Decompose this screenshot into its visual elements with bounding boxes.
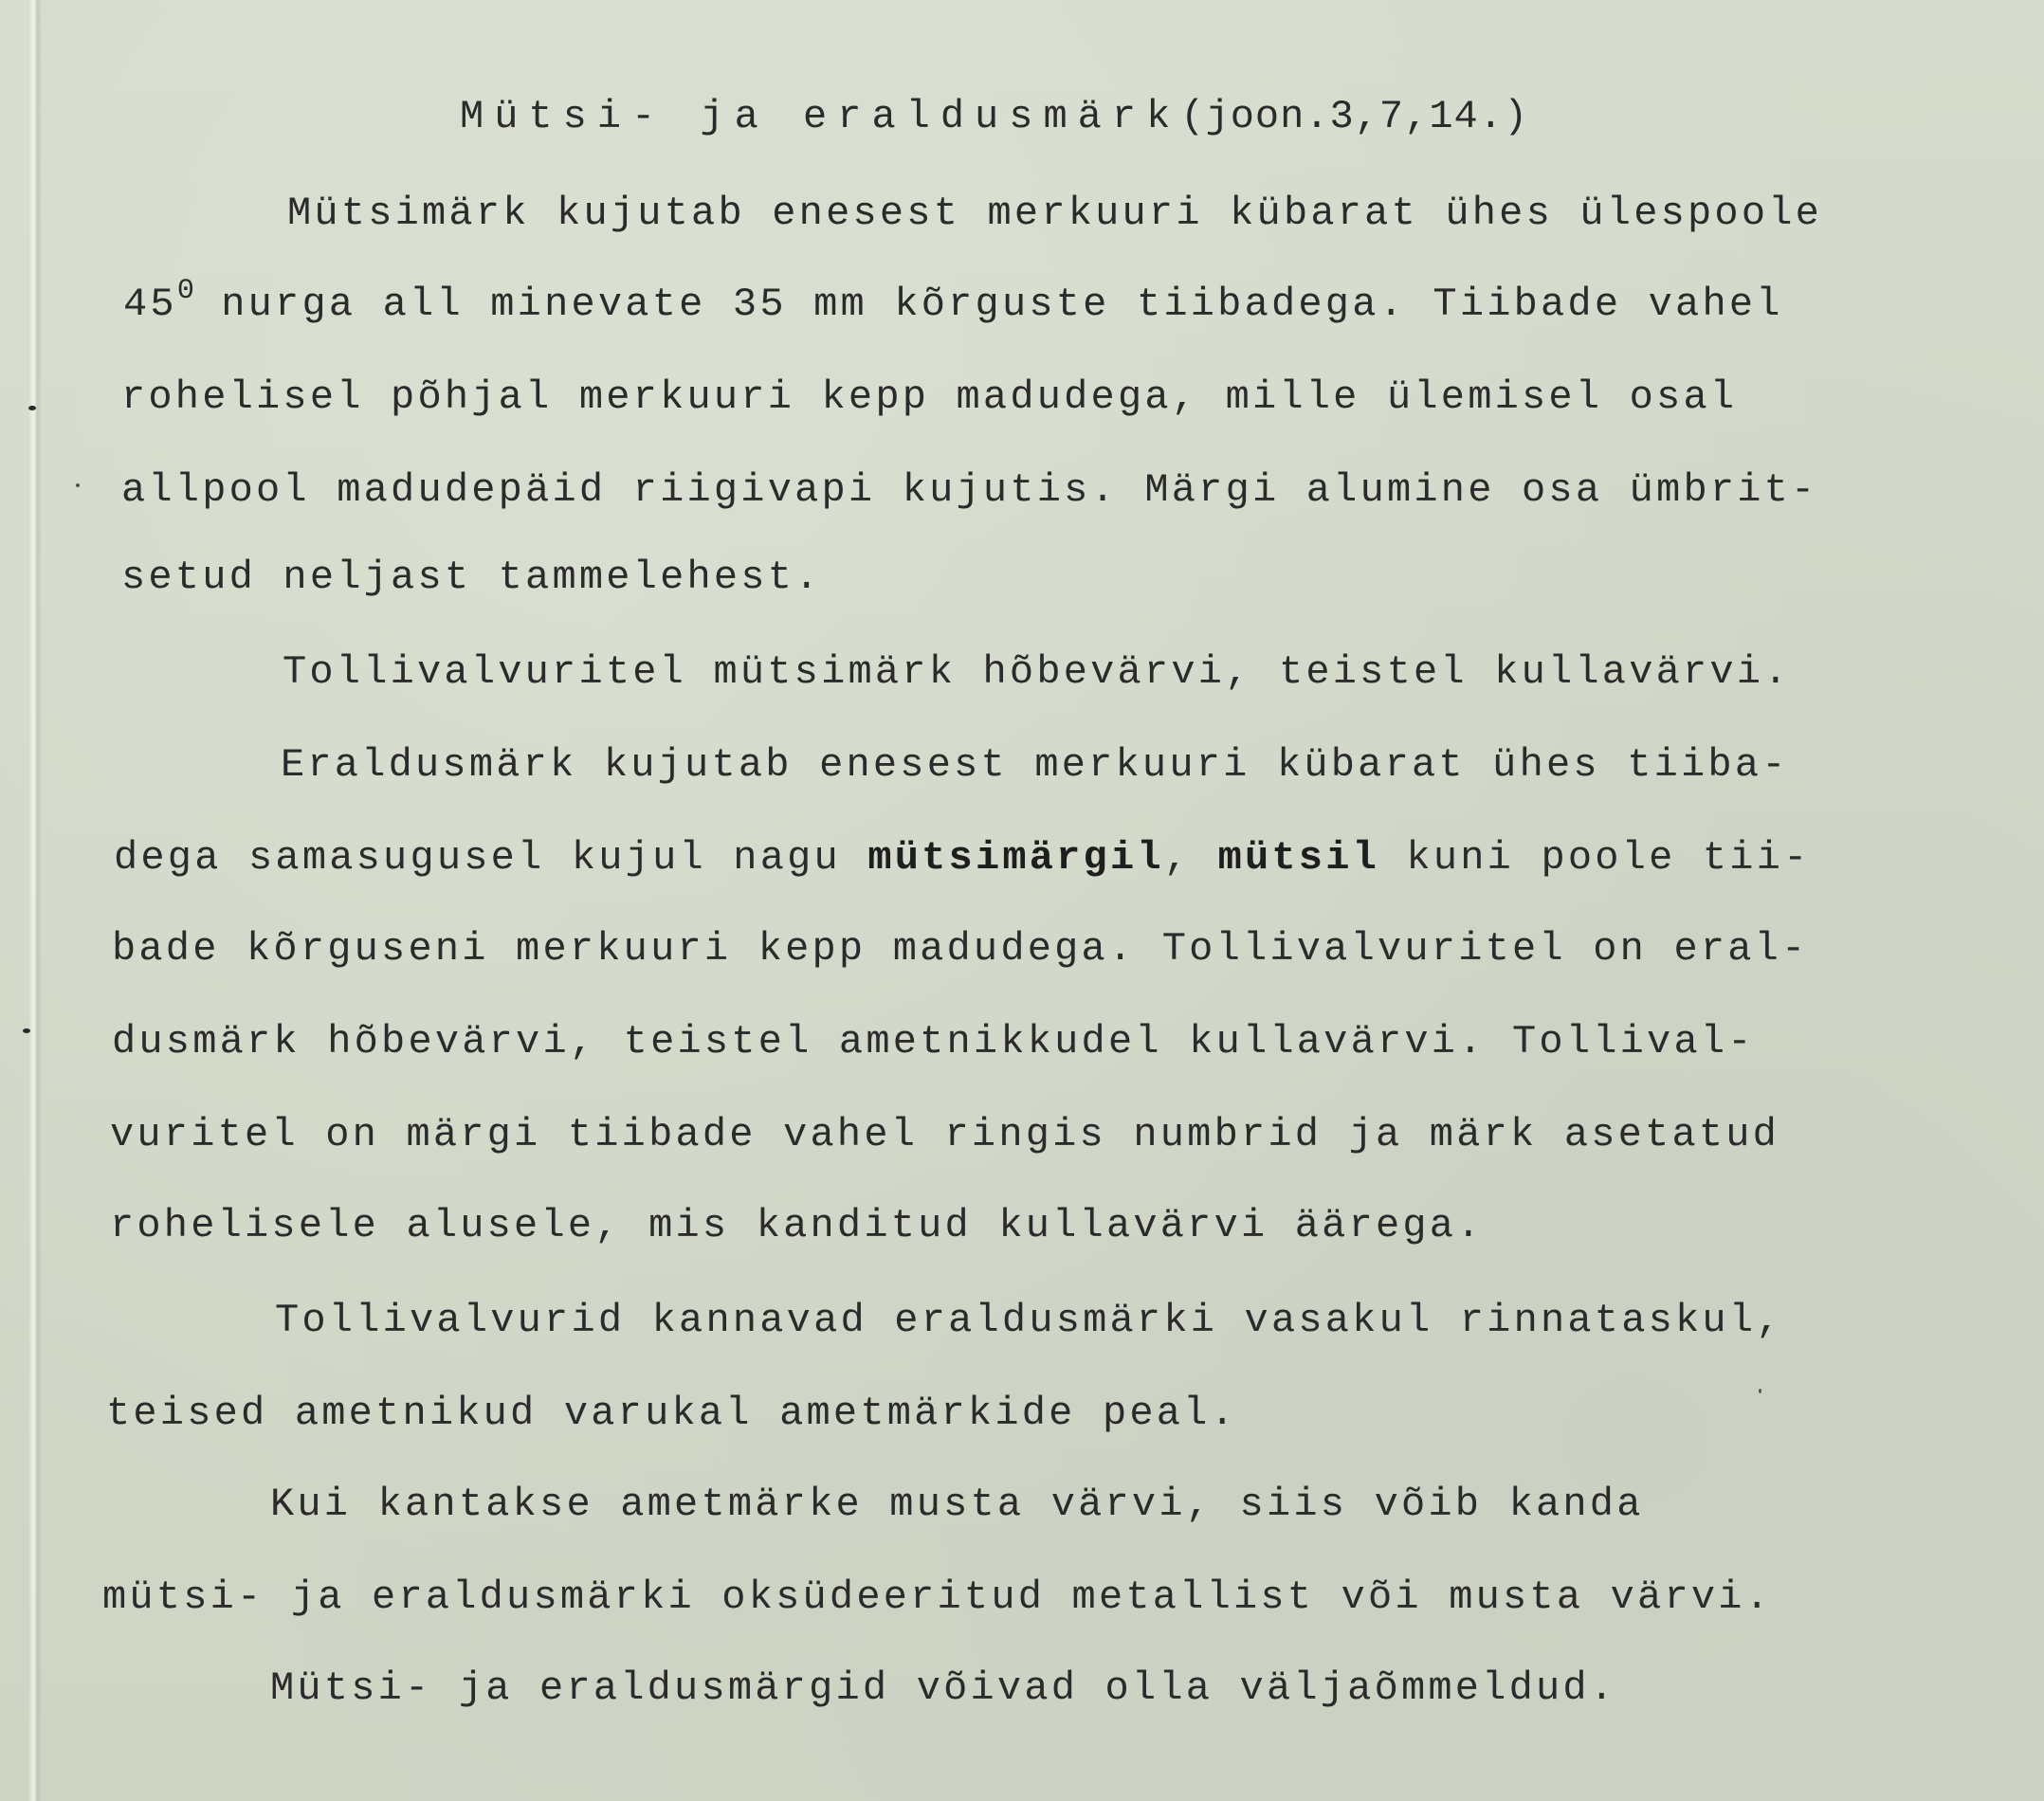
text-line: Mütsi- ja eraldusmärgid võivad olla välj… (270, 1668, 1616, 1708)
text-line: Mütsimärk kujutab enesest merkuuri kübar… (287, 193, 1822, 233)
text-line: setud neljast tammelehest. (121, 557, 822, 597)
degree-superscript: 0 (177, 275, 194, 307)
text-line: allpool madudepäid riigivapi kujutis. Mä… (121, 470, 1817, 510)
text-line: rohelisel põhjal merkuuri kepp madudega,… (121, 377, 1737, 417)
typewritten-document: Mütsi- ja eraldusmärk(joon.3,7,14.) Müts… (0, 0, 2044, 1801)
text-line: Tollivalvuritel mütsimärk hõbevärvi, tei… (283, 652, 1791, 692)
text-line: bade kõrguseni merkuuri kepp madudega. T… (112, 929, 1808, 969)
text-line: dega samasugusel kujul nagu mütsimärgil,… (114, 838, 1811, 878)
text-line: Eraldusmärk kujutab enesest merkuuri küb… (281, 745, 1789, 785)
text-line: dusmärk hõbevärvi, teistel ametnikkudel … (112, 1022, 1755, 1062)
text-line: rohelisele alusele, mis kanditud kullavä… (110, 1206, 1484, 1246)
text-line: Tollivalvurid kannavad eraldusmärki vasa… (275, 1301, 1783, 1340)
text-line: Kui kantakse ametmärke musta värvi, siis… (270, 1484, 1644, 1524)
text-line: mütsi- ja eraldusmärki oksüdeeritud meta… (102, 1577, 1772, 1617)
text-line: 450 nurga all minevate 35 mm kõrguste ti… (123, 284, 1783, 324)
text-line: teised ametnikud varukal ametmärkide pea… (106, 1393, 1237, 1433)
document-title: Mütsi- ja eraldusmärk(joon.3,7,14.) (460, 97, 1528, 136)
text-line: vuritel on märgi tiibade vahel ringis nu… (110, 1115, 1779, 1155)
title-text: Mütsi- ja eraldusmärk (460, 94, 1180, 139)
title-reference: (joon.3,7,14.) (1180, 94, 1528, 139)
